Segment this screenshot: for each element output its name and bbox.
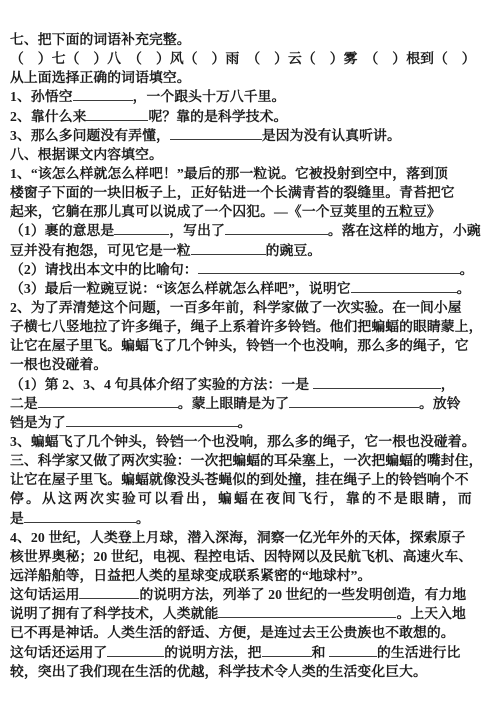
text-segment: 八、根据课文内容填空。 [10, 147, 163, 162]
text-segment: 较，突出了我们现在生活的优越，科学技术令人类的生活变化巨大。 [10, 664, 427, 679]
text-segment: 这句话运用 [10, 587, 79, 602]
text-line: （3）最后一粒豌豆说：“该怎么样就怎么样吧”，说明它。 [10, 279, 493, 298]
text-segment: 远洋船舶等，日益把人类的星球变成联系紧密的“地球村”。 [10, 568, 371, 583]
text-line: 3、蝙蝠飞了几个钟头，铃铛一个也没响，那么多的绳子，它一根也没碰着。 [10, 432, 493, 451]
text-line: 2、为了弄清楚这个问题，一百多年前，科学家做了一次实验。在一间小屋 [10, 298, 493, 317]
text-segment: 让它在屋子里飞。蝙蝠就像没头苍蝇似的到处撞，挂在绳子上的铃铛响个不 [10, 472, 469, 487]
text-line: 停。从这两次实验可以看出，蝙蝠在夜间飞行，靠的不是眼睛，而 [10, 489, 493, 508]
text-line: （1）裹的意思是，写出了。落在这样的地方，小豌 [10, 221, 493, 240]
text-segment: 的生活进行比 [377, 645, 460, 660]
text-segment: 。 [238, 415, 252, 430]
text-segment: 的说明方法，列举了 20 世纪的一些发明创造，有力地 [139, 587, 466, 602]
text-segment: 3、那么多问题没有弄懂， [10, 128, 170, 143]
text-segment: 说明了拥有了科学技术，人类就能 [10, 606, 218, 621]
text-segment: （3）最后一粒豌豆说：“该怎么样就怎么样吧”，说明它 [10, 281, 351, 296]
text-segment: 是因为没有认真听讲。 [262, 128, 401, 143]
text-segment: 二是 [10, 396, 38, 411]
text-segment: （1）第 2、3、4 句具体介绍了实验的方法：一是 [10, 377, 313, 392]
text-segment: ，一个跟头十万八千里。 [133, 89, 286, 104]
text-segment: （1）裹的意思是 [10, 223, 114, 238]
text-line: 远洋船舶等，日益把人类的星球变成联系紧密的“地球村”。 [10, 566, 493, 585]
text-segment: （ ）七（ ）八 （ ）风（ ）雨 （ ）云（ ）雾 （ ）根到（ ） [10, 51, 476, 66]
text-line: 让它在屋子里飞。蝙蝠飞了几个钟头，铃铛一个也没响，那么多的绳子，它 [10, 336, 493, 355]
fill-in-blank [66, 413, 238, 427]
text-segment: 。放铃 [419, 396, 461, 411]
fill-in-blank [191, 241, 266, 255]
text-segment: ， [441, 377, 455, 392]
text-line: （1）第 2、3、4 句具体介绍了实验的方法：一是 ， [10, 375, 493, 394]
text-segment: 停。从这两次实验可以看出，蝙蝠在夜间飞行，靠的不是眼睛，而 [10, 491, 474, 506]
text-segment: 和 [312, 645, 329, 660]
text-segment: 2、靠什么来 [10, 109, 86, 124]
text-line: 是。 [10, 509, 493, 528]
text-line: 让它在屋子里飞。蝙蝠就像没头苍蝇似的到处撞，挂在绳子上的铃铛响个不 [10, 470, 493, 489]
fill-in-blank [107, 643, 164, 657]
fill-in-blank [73, 87, 133, 101]
text-segment: 这句话还运用了 [10, 645, 107, 660]
text-line: 三、科学家又做了两次实验：一次把蝙蝠的耳朵塞上，一次把蝙蝠的嘴封住， [10, 451, 493, 470]
text-segment: 。 [460, 262, 474, 277]
fill-in-blank [38, 394, 178, 408]
fill-in-blank [170, 126, 262, 140]
fill-in-blank [351, 279, 457, 293]
text-line: 这句话运用的说明方法，列举了 20 世纪的一些发明创造，有力地 [10, 585, 493, 604]
text-segment: 的豌豆。 [266, 243, 322, 258]
text-line: 1、孙悟空，一个跟头十万八千里。 [10, 87, 493, 106]
text-segment: 从上面选择正确的词语填空。 [10, 70, 191, 85]
text-segment: 。蒙上眼睛是为了 [178, 396, 289, 411]
fill-in-blank [79, 585, 139, 599]
text-line: 已不再是神话。人类生活的舒适、方便，是连过去王公贵族也不敢想的。 [10, 623, 493, 642]
text-segment: 一根也没碰着。 [10, 357, 107, 372]
worksheet-page: 七、把下面的词语补充完整。（ ）七（ ）八 （ ）风（ ）雨 （ ）云（ ）雾 … [0, 0, 499, 706]
fill-in-blank [218, 604, 396, 618]
text-segment: 。落在这样的地方，小豌 [328, 223, 481, 238]
text-segment: 子横七八竖地拉了许多绳子，绳子上系着许多铃铛。他们把蝙蝠的眼睛蒙上， [10, 319, 483, 334]
text-segment: 起来，它躺在那儿真可以说成了一个囚犯。—《一个豆荚里的五粒豆》 [10, 204, 441, 219]
text-line: 4、20 世纪，人类登上月球，潜入深海，洞察一亿光年外的天体，探索原子 [10, 528, 493, 547]
fill-in-blank [114, 221, 169, 235]
text-segment: 楼窗子下面的一块旧板子上，正好钻进一个长满青苔的裂缝里。青苔把它 [10, 185, 455, 200]
text-line: 核世界奥秘；20 世纪，电视、程控电话、因特网以及民航飞机、高速火车、 [10, 547, 493, 566]
text-line: 豆并没有抱怨，可见它是一粒的豌豆。 [10, 241, 493, 260]
text-segment: 豆并没有抱怨，可见它是一粒 [10, 243, 191, 258]
fill-in-blank [225, 221, 328, 235]
text-line: 铛是为了。 [10, 413, 493, 432]
text-line: 起来，它躺在那儿真可以说成了一个囚犯。—《一个豆荚里的五粒豆》 [10, 202, 493, 221]
fill-in-blank [24, 509, 136, 523]
text-line: （ ）七（ ）八 （ ）风（ ）雨 （ ）云（ ）雾 （ ）根到（ ） [10, 49, 493, 68]
text-segment: 的说明方法，把 [164, 645, 261, 660]
text-line: 这句话还运用了的说明方法，把和 的生活进行比 [10, 643, 493, 662]
text-segment: 。 [457, 281, 471, 296]
text-segment: 1、“该怎么样就怎么样吧！”最后的那一粒说。它被投射到空中，落到顶 [10, 166, 448, 181]
text-line: （2）请找出本文中的比喻句：。 [10, 260, 493, 279]
text-segment: 让它在屋子里飞。蝙蝠飞了几个钟头，铃铛一个也没响，那么多的绳子，它 [10, 338, 469, 353]
text-segment: ，写出了 [169, 223, 225, 238]
text-segment: 核世界奥秘；20 世纪，电视、程控电话、因特网以及民航飞机、高速火车、 [10, 549, 472, 564]
text-line: 1、“该怎么样就怎么样吧！”最后的那一粒说。它被投射到空中，落到顶 [10, 164, 493, 183]
text-line: 二是。蒙上眼睛是为了。放铃 [10, 394, 493, 413]
text-line: 一根也没碰着。 [10, 355, 493, 374]
text-line: 子横七八竖地拉了许多绳子，绳子上系着许多铃铛。他们把蝙蝠的眼睛蒙上， [10, 317, 493, 336]
text-segment: 3、蝙蝠飞了几个钟头，铃铛一个也没响，那么多的绳子，它一根也没碰着。 [10, 434, 476, 449]
text-line: 说明了拥有了科学技术，人类就能。上天入地 [10, 604, 493, 623]
fill-in-blank [86, 107, 148, 121]
fill-in-blank [262, 643, 312, 657]
text-segment: 是 [10, 511, 24, 526]
text-segment: 铛是为了 [10, 415, 66, 430]
fill-in-blank [313, 375, 441, 389]
text-segment: 4、20 世纪，人类登上月球，潜入深海，洞察一亿光年外的天体，探索原子 [10, 530, 465, 545]
text-line: 较，突出了我们现在生活的优越，科学技术令人类的生活变化巨大。 [10, 662, 493, 681]
text-line: 八、根据课文内容填空。 [10, 145, 493, 164]
text-segment: 。上天入地 [396, 606, 465, 621]
text-segment: 。 [136, 511, 150, 526]
text-line: 3、那么多问题没有弄懂，是因为没有认真听讲。 [10, 126, 493, 145]
text-segment: 七、把下面的词语补充完整。 [10, 32, 191, 47]
fill-in-blank [329, 643, 377, 657]
fill-in-blank [289, 394, 419, 408]
worksheet-text: 七、把下面的词语补充完整。（ ）七（ ）八 （ ）风（ ）雨 （ ）云（ ）雾 … [0, 0, 499, 681]
text-segment: （2）请找出本文中的比喻句： [10, 262, 198, 277]
fill-in-blank [198, 260, 460, 274]
text-line: 2、靠什么来呢？靠的是科学技术。 [10, 107, 493, 126]
text-segment: 2、为了弄清楚这个问题，一百多年前，科学家做了一次实验。在一间小屋 [10, 300, 462, 315]
text-line: 楼窗子下面的一块旧板子上，正好钻进一个长满青苔的裂缝里。青苔把它 [10, 183, 493, 202]
text-segment: 已不再是神话。人类生活的舒适、方便，是连过去王公贵族也不敢想的。 [10, 625, 455, 640]
text-line: 七、把下面的词语补充完整。 [10, 30, 493, 49]
text-segment: 呢？靠的是科学技术。 [148, 109, 287, 124]
text-line: 从上面选择正确的词语填空。 [10, 68, 493, 87]
text-segment: 三、科学家又做了两次实验：一次把蝙蝠的耳朵塞上，一次把蝙蝠的嘴封住， [10, 453, 483, 468]
text-segment: 1、孙悟空 [10, 89, 73, 104]
